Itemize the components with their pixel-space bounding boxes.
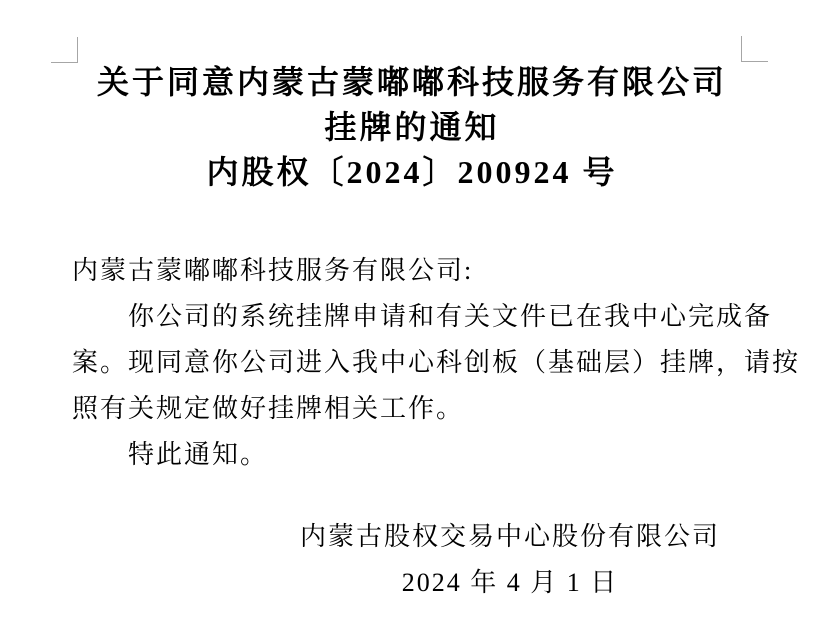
document-body: 内蒙古蒙嘟嘟科技服务有限公司: 你公司的系统挂牌申请和有关文件已在我中心完成备 … <box>72 248 752 478</box>
signature-company: 内蒙古股权交易中心股份有限公司 <box>300 514 720 560</box>
paragraph-line: 案。现同意你公司进入我中心科创板（基础层）挂牌，请按 <box>72 340 752 386</box>
salutation-line: 内蒙古蒙嘟嘟科技服务有限公司: <box>72 248 752 294</box>
title-line-2: 挂牌的通知 <box>0 105 824 150</box>
margin-crop-mark-top-right <box>741 36 768 62</box>
document-page: 关于同意内蒙古蒙嘟嘟科技服务有限公司 挂牌的通知 内股权〔2024〕200924… <box>0 0 824 624</box>
signature-block: 内蒙古股权交易中心股份有限公司 2024 年 4 月 1 日 <box>300 514 720 606</box>
document-title: 关于同意内蒙古蒙嘟嘟科技服务有限公司 挂牌的通知 内股权〔2024〕200924… <box>0 60 824 195</box>
closing-line: 特此通知。 <box>72 432 752 478</box>
paragraph-line: 照有关规定做好挂牌相关工作。 <box>72 386 752 432</box>
title-line-1: 关于同意内蒙古蒙嘟嘟科技服务有限公司 <box>0 60 824 105</box>
paragraph-line: 你公司的系统挂牌申请和有关文件已在我中心完成备 <box>72 294 752 340</box>
signature-date: 2024 年 4 月 1 日 <box>300 560 720 606</box>
document-number: 内股权〔2024〕200924 号 <box>0 150 824 195</box>
